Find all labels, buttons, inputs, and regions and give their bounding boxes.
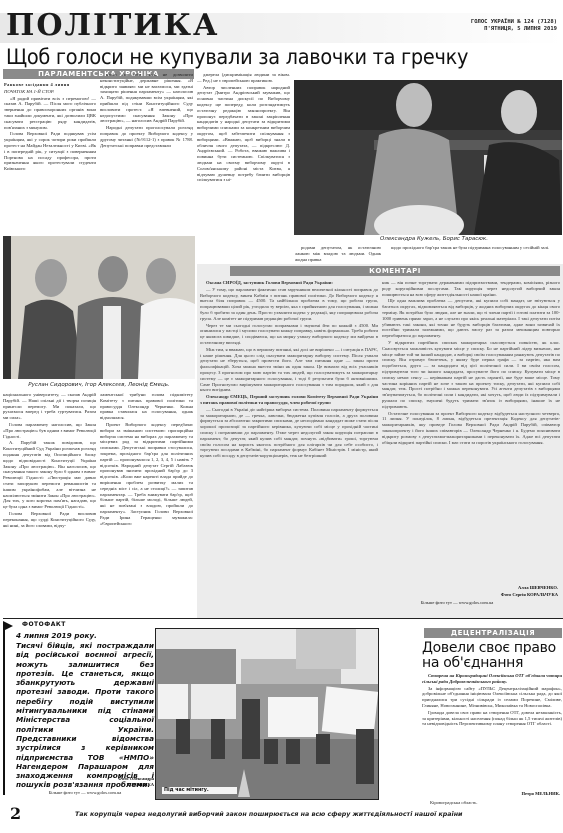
paragraph: Ще одна важлива проблема — депутати, які… xyxy=(382,298,560,339)
decentralization-body: Створена на Кіровоградщині Олексіївська … xyxy=(422,673,562,793)
section-rubric: ПОЛІТИКА xyxy=(6,8,219,43)
paragraph: взяти на себе тиск, не дозволити неконст… xyxy=(100,72,193,124)
article-headline: Щоб голоси не купували за лавочки та гре… xyxy=(6,45,468,69)
article-column-4-cont: родами депутатом, як остаточною ланкою м… xyxy=(295,245,381,263)
comments-column-left: Оксана СИРОЇД, заступник Голови Верховно… xyxy=(200,280,378,610)
paragraph: Громада довела своє право на створення О… xyxy=(422,710,562,727)
photo-rally: Під час мітингу. xyxy=(155,628,379,800)
comments-column-right: ник — він почне торгувати державними під… xyxy=(382,280,560,578)
paragraph: щодо прохідного бар'єра також не була пі… xyxy=(385,245,560,251)
comments-author: Алла ШЕВЧЕНКО. xyxy=(382,585,558,590)
paragraph: Між тим, я вважаю, що в першому питанні,… xyxy=(200,347,378,393)
article-column-1: Ранкове засідання 4 липня ПОЧАТОК НА 1-Й… xyxy=(4,82,96,232)
article-column-5-cont: щодо прохідного бар'єра також не була пі… xyxy=(385,245,560,263)
paragraph: Проект Виборчого кодексу передбачає вибо… xyxy=(100,422,193,526)
headline-line-2: на об'єднання xyxy=(422,656,562,671)
paragraph: — У тому, що парламент фактично став зар… xyxy=(200,287,378,322)
photo-caption-kuzhel: Олександра Кужель, Борис Тарасюк. xyxy=(380,236,560,242)
commenter-yemets: Олександр ЄМЕЦЬ, Перший заступник голови… xyxy=(200,394,378,406)
paragraph: Автор численних поправок народний депута… xyxy=(197,85,290,184)
paragraph: А. Парубій також повідомив, що Конституц… xyxy=(3,440,96,510)
comments-photo-credit: Фото Сергія КОРАЛЬЧУКА xyxy=(382,592,558,597)
photo-kuzhel-tarasyuk xyxy=(294,80,562,235)
newspaper-issue: ГОЛОС УКРАЇНИ № 124 (7128) xyxy=(471,19,557,26)
paragraph: Народні депутати проголосували розгляд п… xyxy=(100,125,193,148)
paragraph: — Сьогодні в Україні діє найгірша виборч… xyxy=(200,407,378,459)
fotofakt-credit-line1: Фото Олександра xyxy=(16,776,154,781)
issue-info: ГОЛОС УКРАЇНИ № 124 (7128) П'ЯТНИЦЯ, 5 Л… xyxy=(471,19,557,33)
section-divider xyxy=(3,618,563,619)
photo-caption-trio: Руслан Сидорович, Ігор Алексєєв, Леонід … xyxy=(3,382,195,388)
paragraph: За інформацією сайту «ПУЛЬС Децентраліза… xyxy=(422,686,562,709)
article-column-1b: національного університету, — сказав Анд… xyxy=(3,392,96,597)
decentralization-headline: Довели своє право на об'єднання xyxy=(422,641,562,671)
article-column-2b: ламентської трибуни голова підкомітету К… xyxy=(100,392,193,597)
fotofakt-more-photos-link[interactable]: Більше фото тут — www.golos.com.ua xyxy=(16,790,154,795)
paragraph: Через те ми сьогодні голосуємо поправкам… xyxy=(200,323,378,346)
decentralization-lead: Створена на Кіровоградщині Олексіївська … xyxy=(422,673,562,685)
section-bar-decentralization: ДЕЦЕНТРАЛІЗАЦІЯ xyxy=(424,628,562,638)
footer-tagline: Так корупція через недолугий виборчий за… xyxy=(75,811,462,818)
article-kicker: ПОЧАТОК НА 1-Й СТОР. xyxy=(4,89,96,95)
photo-protest-rally-image xyxy=(156,629,379,800)
paragraph: Голова Верховної Ради подякував усім укр… xyxy=(4,131,96,172)
paragraph: Голова Верховної Ради висловив переконан… xyxy=(3,511,96,528)
fotofakt-date: 4 липня 2019 року. xyxy=(16,631,154,640)
article-column-2: взяти на себе тиск, не дозволити неконст… xyxy=(100,72,193,232)
photo-parliament-hall-image xyxy=(294,80,562,235)
paragraph: джерела (дискримінація людини за віком. … xyxy=(197,72,290,84)
comments-more-photos-link[interactable]: Більше фото тут — www.golos.com.ua xyxy=(382,600,532,605)
fotofakt-text: Тисячі бійців, які постраждали від росій… xyxy=(16,641,154,775)
paragraph: Остаточне голосування за проект Виборчог… xyxy=(382,411,560,446)
decentralization-region: Кіровоградська область. xyxy=(430,800,560,806)
fotofakt-label: ФОТОФАКТ xyxy=(22,621,66,628)
fotofakt-credit-line2: КЛИМЕНКА xyxy=(16,782,154,787)
paragraph: ламентської трибуни голова підкомітету К… xyxy=(100,392,193,421)
fotofakt-side-rule xyxy=(3,630,5,795)
commenter-sshyroid: Оксана СИРОЇД, заступник Голови Верховно… xyxy=(200,280,378,286)
decentralization-author: Петро МЕЛЬНИК. xyxy=(422,791,560,796)
paragraph: «Я радий привітати всіх з перемогою! — с… xyxy=(4,96,96,131)
photo-caption-rally: Під час мітингу. xyxy=(162,787,237,794)
photo-three-deputies-image xyxy=(3,236,195,379)
issue-date: П'ЯТНИЦЯ, 5 ЛИПНЯ 2019 xyxy=(471,26,557,33)
paragraph: У відкритих партійних списках мажоритарк… xyxy=(382,340,560,410)
article-column-3: джерела (дискримінація людини за віком. … xyxy=(197,72,290,292)
paragraph: національного університету, — сказав Анд… xyxy=(3,392,96,421)
page-number: 2 xyxy=(10,804,21,823)
section-bar-comments: КОМЕНТАРІ xyxy=(230,266,560,276)
paragraph: Голова парламенту наголосив, що Закон «П… xyxy=(3,422,96,439)
article-lead: Ранкове засідання 4 липня xyxy=(4,82,96,88)
headline-line-1: Довели своє право xyxy=(422,641,562,656)
paragraph: ник — він почне торгувати державними під… xyxy=(382,280,560,297)
paragraph: родами депутатом, як остаточною ланкою м… xyxy=(295,245,381,262)
photo-sydorovych-alekseev-yemets xyxy=(3,236,195,379)
